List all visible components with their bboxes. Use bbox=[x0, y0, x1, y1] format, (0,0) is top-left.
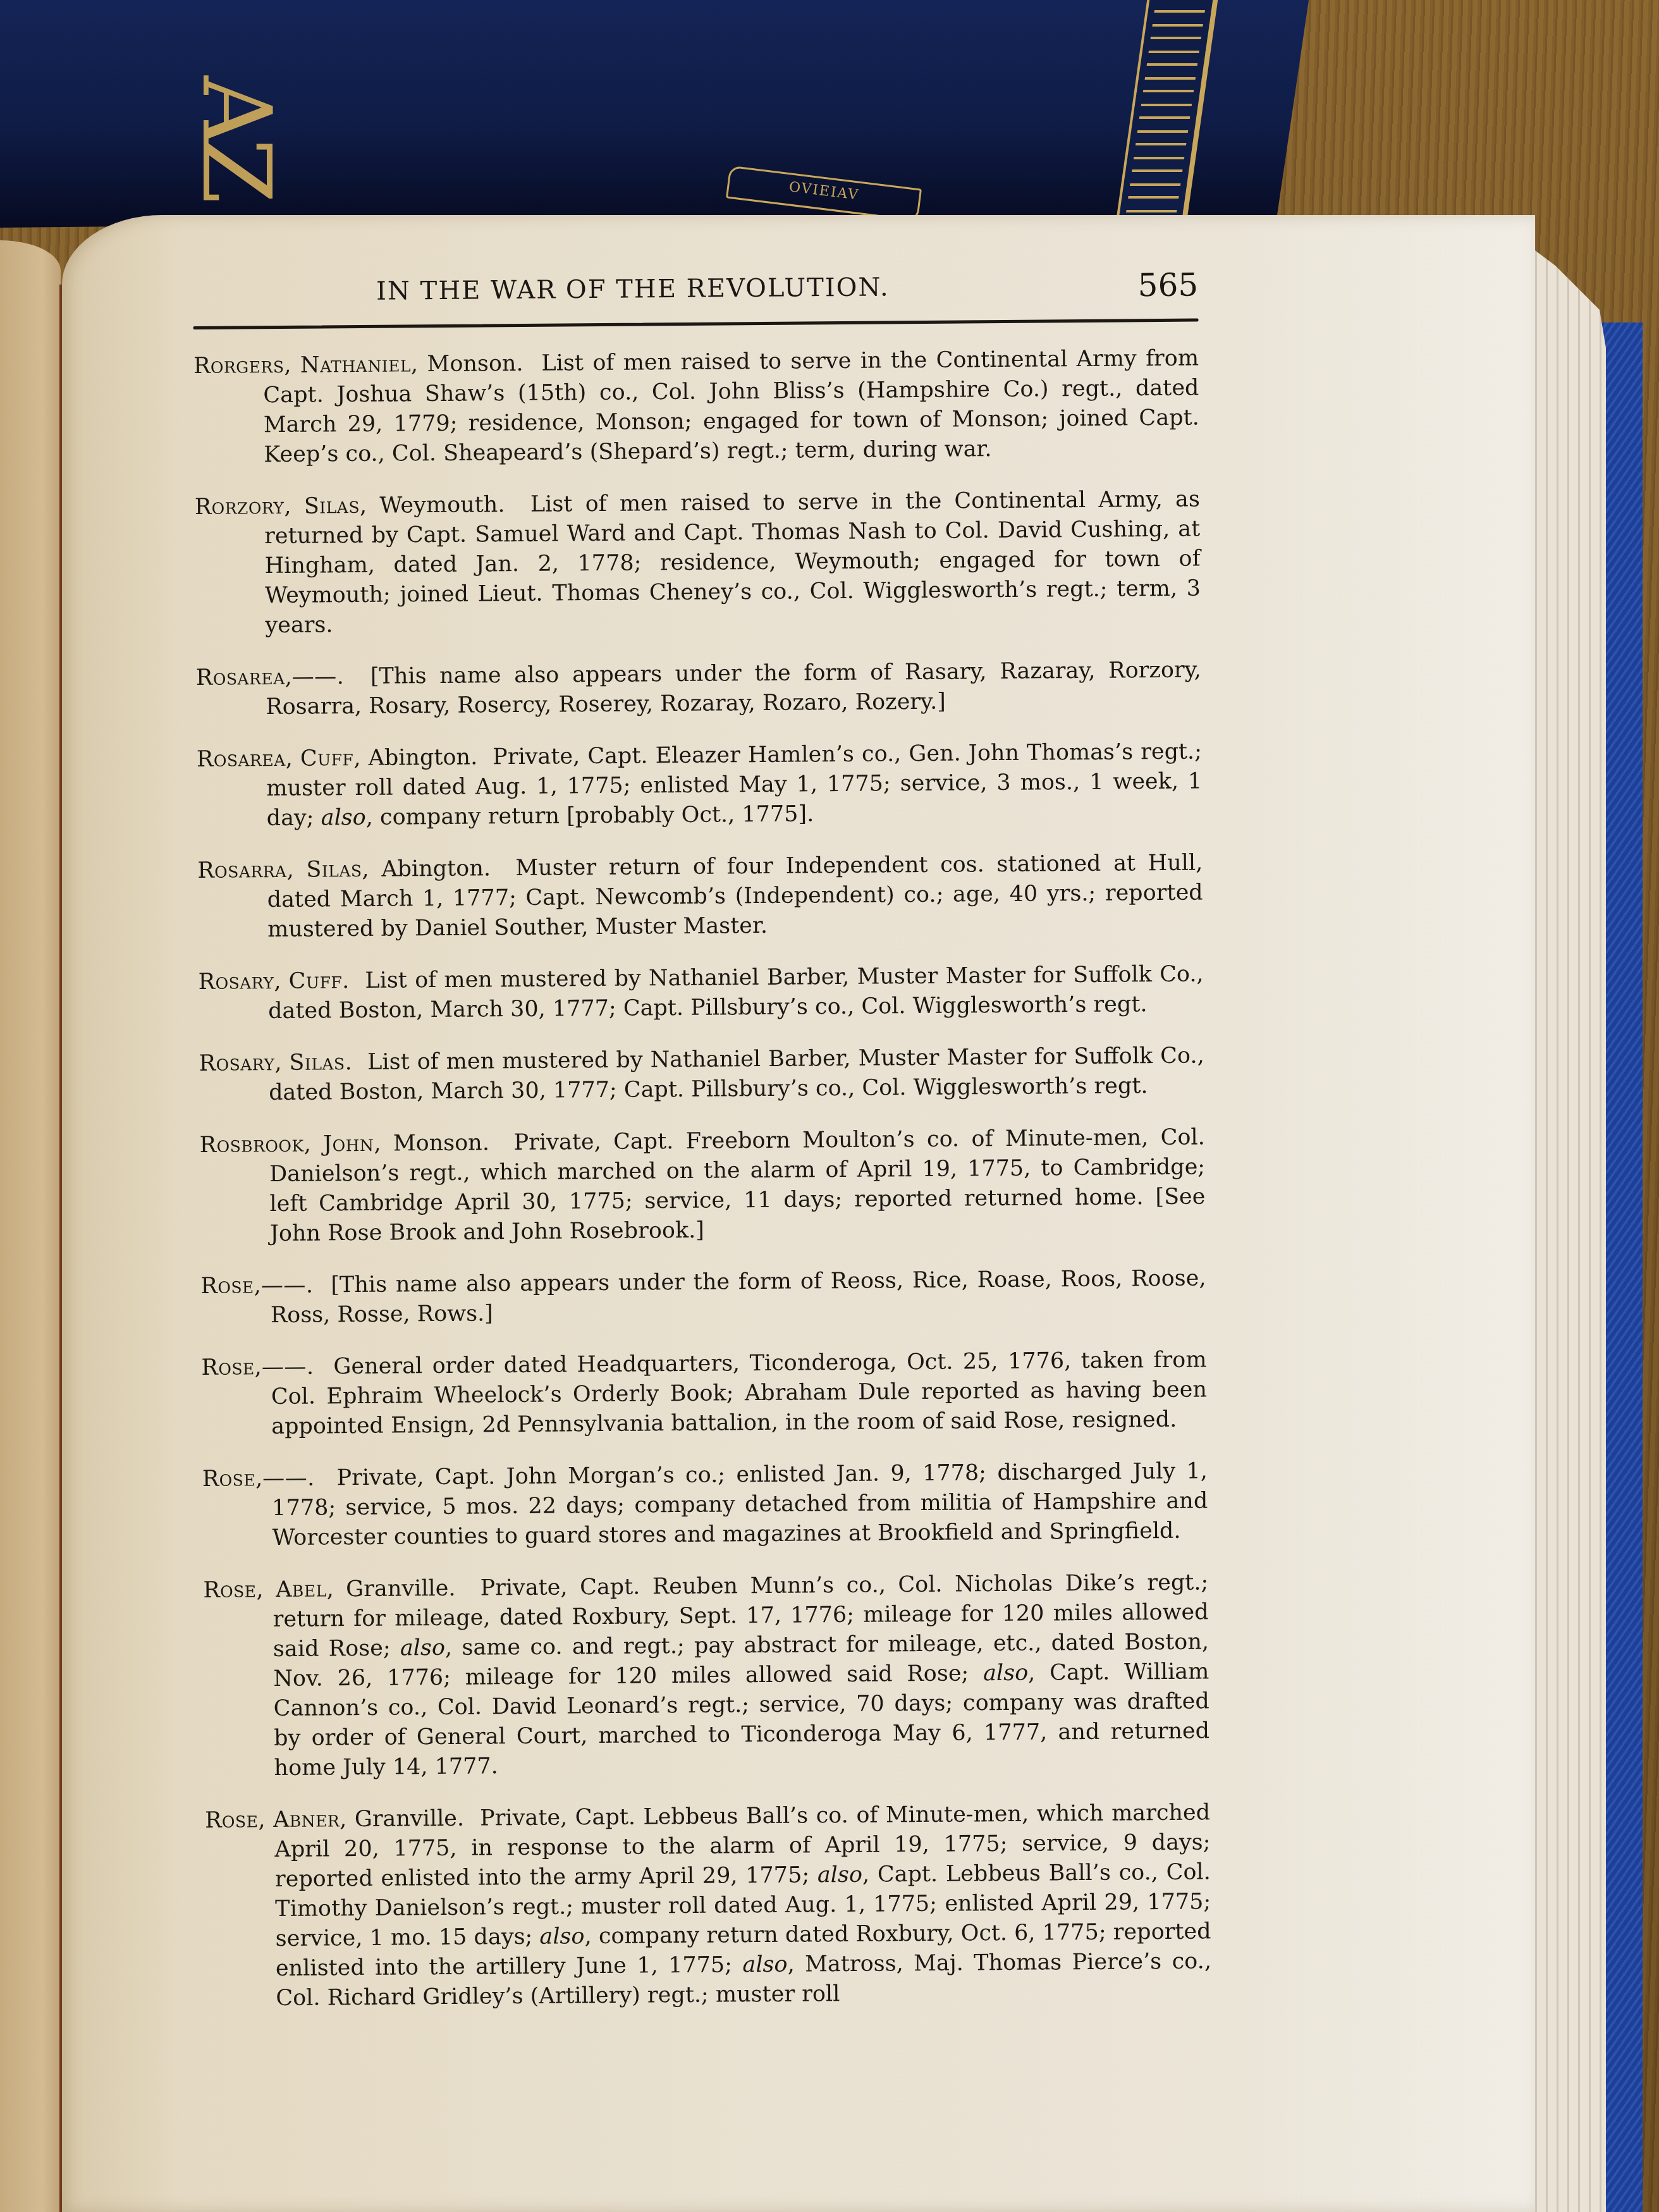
entry-residence: Granville. bbox=[355, 1806, 465, 1832]
greek-key-border bbox=[1117, 0, 1218, 218]
entry-rosary-cuff: Rosary, Cuff. List of men mustered by Na… bbox=[199, 959, 1204, 1026]
entry-rose-private-morgan: Rose,——. Private, Capt. John Morgan’s co… bbox=[202, 1456, 1208, 1553]
entry-given-name: ——. bbox=[262, 1355, 314, 1380]
cover-gilt-letters: AZ bbox=[181, 76, 291, 198]
entry-given-name: Nathaniel bbox=[300, 352, 411, 378]
entry-rose-variants: Rose,——. [This name also appears under t… bbox=[200, 1263, 1206, 1330]
entry-surname: Rosbrook bbox=[200, 1132, 304, 1158]
entry-surname: Rosary bbox=[199, 969, 274, 995]
entry-surname: Rose bbox=[200, 1273, 254, 1299]
entry-rorgers-nathaniel: Rorgers, Nathaniel, Monson. List of men … bbox=[193, 344, 1199, 470]
entry-surname: Rosarea bbox=[196, 665, 285, 691]
entry-given-name: Abel bbox=[276, 1576, 327, 1602]
entry-residence: Abington. bbox=[381, 856, 491, 882]
entry-surname: Rose bbox=[203, 1577, 257, 1603]
entry-italic-also: also bbox=[400, 1635, 445, 1661]
entry-residence: Monson. bbox=[427, 351, 523, 377]
entry-surname: Rose bbox=[205, 1807, 259, 1833]
left-page-edge bbox=[0, 240, 61, 2212]
entry-rose-general-order: Rose,——. General order dated Headquarter… bbox=[201, 1345, 1207, 1442]
entry-rosary-silas: Rosary, Silas. List of men mustered by N… bbox=[199, 1041, 1205, 1108]
entry-surname: Rosary bbox=[199, 1050, 275, 1076]
page-text-block: IN THE WAR OF THE REVOLUTION. 565 Rorger… bbox=[193, 271, 1212, 2031]
entry-surname: Rorgers bbox=[193, 353, 285, 379]
entry-given-name: ——. bbox=[262, 1466, 315, 1492]
entry-italic-also: also bbox=[321, 805, 366, 831]
entry-given-name: Silas bbox=[304, 493, 360, 519]
entry-given-name: ——. bbox=[292, 664, 345, 690]
entry-given-name: ——. bbox=[261, 1273, 314, 1299]
entry-given-name: Cuff. bbox=[289, 968, 350, 994]
entry-italic-also: also bbox=[817, 1862, 862, 1888]
entry-rorzory-silas: Rorzory, Silas, Weymouth. List of men ra… bbox=[195, 485, 1201, 641]
running-head-title: IN THE WAR OF THE REVOLUTION. bbox=[376, 273, 890, 305]
entry-surname: Rorzory bbox=[195, 494, 285, 520]
entry-text: List of men mustered by Nathaniel Barber… bbox=[268, 961, 1204, 1024]
entry-rosbrook-john: Rosbrook, John, Monson. Private, Capt. F… bbox=[200, 1122, 1206, 1249]
entry-rose-abel: Rose, Abel, Granville. Private, Capt. Re… bbox=[203, 1568, 1210, 1783]
entry-text: [This name also appears under the form o… bbox=[271, 1265, 1206, 1328]
entry-surname: Rose bbox=[201, 1355, 255, 1380]
entry-residence: Granville. bbox=[346, 1576, 456, 1602]
entry-given-name: Silas bbox=[306, 857, 362, 883]
entry-surname: Rosarra bbox=[197, 857, 287, 883]
entry-given-name: John bbox=[323, 1131, 374, 1157]
entry-residence: Monson. bbox=[393, 1130, 489, 1156]
book-gutter bbox=[59, 285, 62, 2212]
entry-rosarra-silas: Rosarra, Silas, Abington. Muster return … bbox=[197, 848, 1203, 945]
entry-text: Private, Capt. John Morgan’s co.; enlist… bbox=[272, 1458, 1208, 1551]
entry-text: List of men mustered by Nathaniel Barber… bbox=[269, 1043, 1204, 1105]
entry-italic-also: also bbox=[983, 1661, 1028, 1687]
entry-given-name: Cuff bbox=[300, 746, 354, 771]
entry-rosarea-variants: Rosarea,——. [This name also appears unde… bbox=[196, 655, 1202, 722]
entry-italic-also: also bbox=[742, 1952, 787, 1978]
page-fold-highlight bbox=[1251, 215, 1535, 2212]
entry-text: [This name also appears under the form o… bbox=[266, 657, 1201, 720]
entry-text: General order dated Headquarters, Ticond… bbox=[271, 1347, 1207, 1439]
cover-gilt-banner: OVIEIAV bbox=[726, 166, 922, 222]
book-cover-behind: AZ OVIEIAV bbox=[0, 0, 1309, 228]
running-head: IN THE WAR OF THE REVOLUTION. 565 bbox=[193, 271, 1199, 323]
entry-surname: Rose bbox=[202, 1466, 256, 1492]
entry-surname: Rosarea bbox=[197, 746, 286, 772]
entry-italic-also: also bbox=[539, 1924, 584, 1950]
page-number: 565 bbox=[1137, 267, 1198, 304]
entry-given-name: Silas. bbox=[289, 1050, 352, 1076]
entry-residence: Weymouth. bbox=[379, 492, 505, 519]
entry-rosarea-cuff: Rosarea, Cuff, Abington. Private, Capt. … bbox=[197, 737, 1203, 833]
entry-rose-abner: Rose, Abner, Granville. Private, Capt. L… bbox=[205, 1798, 1212, 2013]
entry-text-continued: , company return [probably Oct., 1775]. bbox=[366, 801, 814, 830]
entry-residence: Abington. bbox=[368, 744, 477, 770]
entry-given-name: Abner bbox=[273, 1807, 340, 1833]
